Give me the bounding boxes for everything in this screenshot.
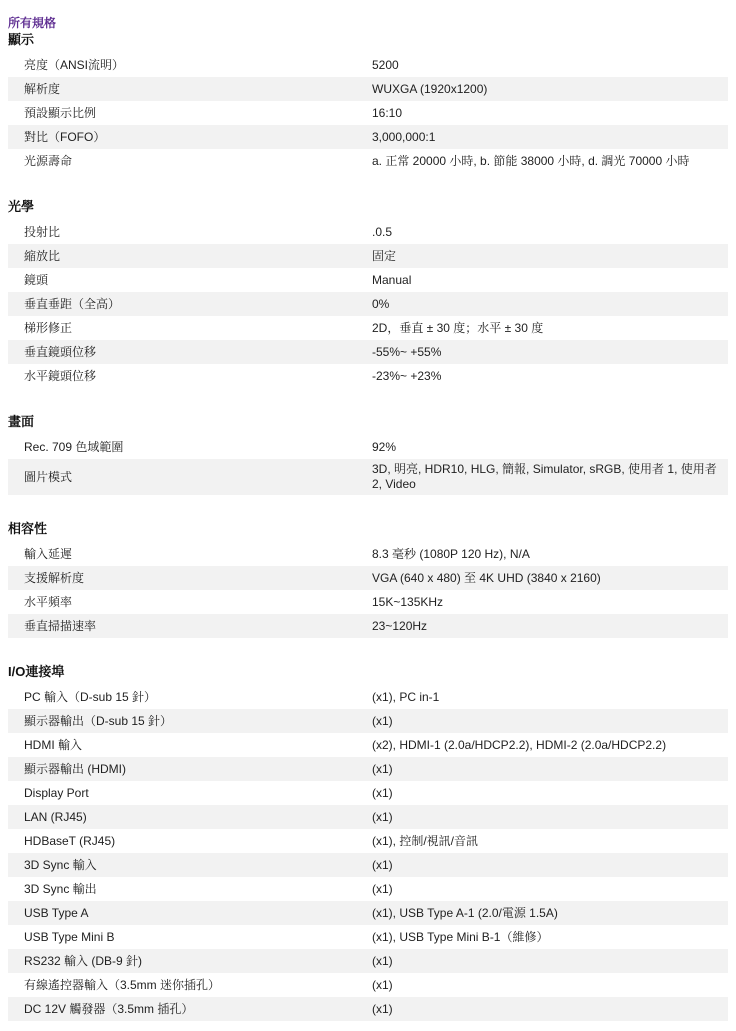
spec-label: DC 12V 觸發器（3.5mm 插孔）: [24, 1002, 372, 1017]
spec-value: Manual: [372, 273, 720, 288]
spec-row: 垂直鏡頭位移 -55%~ +55%: [8, 340, 728, 364]
spec-value: (x1): [372, 714, 720, 729]
spec-row: 梯形修正 2D，垂直 ± 30 度；水平 ± 30 度: [8, 316, 728, 340]
spec-value: (x1), USB Type A-1 (2.0/電源 1.5A): [372, 906, 720, 921]
spec-label: 光源壽命: [24, 154, 372, 169]
spec-label: USB Type A: [24, 906, 372, 921]
spec-row: USB Type Mini B (x1), USB Type Mini B-1（…: [8, 925, 728, 949]
spec-value: 5200: [372, 58, 720, 73]
spec-row: 預設顯示比例 16:10: [8, 101, 728, 125]
spec-row: 圖片模式 3D, 明亮, HDR10, HLG, 簡報, Simulator, …: [8, 459, 728, 495]
spec-value: 92%: [372, 440, 720, 455]
page-title: 所有規格: [8, 16, 728, 30]
spec-value: (x1): [372, 786, 720, 801]
spec-table: 顯示 亮度（ANSI流明） 5200 解析度 WUXGA (1920x1200)…: [8, 32, 728, 1021]
spec-value: 15K~135KHz: [372, 595, 720, 610]
section-rows: 輸入延遲 8.3 毫秒 (1080P 120 Hz), N/A 支援解析度 VG…: [8, 542, 728, 638]
spec-label: 顯示器輸出 (HDMI): [24, 762, 372, 777]
spec-label: HDBaseT (RJ45): [24, 834, 372, 849]
spec-section: 相容性 輸入延遲 8.3 毫秒 (1080P 120 Hz), N/A 支援解析…: [8, 521, 728, 638]
section-heading: 光學: [8, 199, 728, 214]
spec-value: WUXGA (1920x1200): [372, 82, 720, 97]
spec-value: (x1): [372, 1002, 720, 1017]
spec-label: LAN (RJ45): [24, 810, 372, 825]
spec-value: (x1): [372, 858, 720, 873]
section-rows: 亮度（ANSI流明） 5200 解析度 WUXGA (1920x1200) 預設…: [8, 53, 728, 173]
spec-value: .0.5: [372, 225, 720, 240]
spec-row: 垂直垂距（全高） 0%: [8, 292, 728, 316]
spec-value: (x1), USB Type Mini B-1（維修）: [372, 930, 720, 945]
spec-label: 垂直掃描速率: [24, 619, 372, 634]
spec-label: 亮度（ANSI流明）: [24, 58, 372, 73]
spec-value: (x1): [372, 810, 720, 825]
spec-label: 預設顯示比例: [24, 106, 372, 121]
spec-row: 縮放比 固定: [8, 244, 728, 268]
spec-label: 支援解析度: [24, 571, 372, 586]
spec-row: LAN (RJ45) (x1): [8, 805, 728, 829]
spec-row: 亮度（ANSI流明） 5200: [8, 53, 728, 77]
spec-label: 有線遙控器輸入（3.5mm 迷你插孔）: [24, 978, 372, 993]
spec-row: 投射比 .0.5: [8, 220, 728, 244]
section-heading: 畫面: [8, 414, 728, 429]
spec-row: Rec. 709 色域範圍 92%: [8, 435, 728, 459]
spec-value: -23%~ +23%: [372, 369, 720, 384]
section-heading: I/O連接埠: [8, 664, 728, 679]
section-rows: 投射比 .0.5 縮放比 固定 鏡頭 Manual 垂直垂距（全高） 0% 梯形…: [8, 220, 728, 388]
spec-value: VGA (640 x 480) 至 4K UHD (3840 x 2160): [372, 571, 720, 586]
spec-row: 有線遙控器輸入（3.5mm 迷你插孔） (x1): [8, 973, 728, 997]
spec-value: (x1): [372, 978, 720, 993]
spec-row: USB Type A (x1), USB Type A-1 (2.0/電源 1.…: [8, 901, 728, 925]
spec-label: 水平鏡頭位移: [24, 369, 372, 384]
spec-value: 2D，垂直 ± 30 度；水平 ± 30 度: [372, 321, 720, 336]
spec-label: 投射比: [24, 225, 372, 240]
section-heading: 相容性: [8, 521, 728, 536]
section-rows: PC 輸入（D-sub 15 針） (x1), PC in-1 顯示器輸出（D-…: [8, 685, 728, 1021]
spec-label: 縮放比: [24, 249, 372, 264]
spec-row: Display Port (x1): [8, 781, 728, 805]
spec-value: (x1), 控制/視訊/音訊: [372, 834, 720, 849]
spec-row: 對比（FOFO） 3,000,000:1: [8, 125, 728, 149]
spec-row: RS232 輸入 (DB-9 針) (x1): [8, 949, 728, 973]
spec-label: 3D Sync 輸出: [24, 882, 372, 897]
spec-value: -55%~ +55%: [372, 345, 720, 360]
spec-section: I/O連接埠 PC 輸入（D-sub 15 針） (x1), PC in-1 顯…: [8, 664, 728, 1021]
spec-value: 3,000,000:1: [372, 130, 720, 145]
spec-label: 顯示器輸出（D-sub 15 針）: [24, 714, 372, 729]
spec-row: 鏡頭 Manual: [8, 268, 728, 292]
spec-label: HDMI 輸入: [24, 738, 372, 753]
spec-value: 16:10: [372, 106, 720, 121]
spec-value: 0%: [372, 297, 720, 312]
spec-section: 畫面 Rec. 709 色域範圍 92% 圖片模式 3D, 明亮, HDR10,…: [8, 414, 728, 495]
spec-value: a. 正常 20000 小時, b. 節能 38000 小時, d. 調光 70…: [372, 154, 720, 169]
spec-row: 顯示器輸出 (HDMI) (x1): [8, 757, 728, 781]
section-rows: Rec. 709 色域範圍 92% 圖片模式 3D, 明亮, HDR10, HL…: [8, 435, 728, 495]
spec-row: HDBaseT (RJ45) (x1), 控制/視訊/音訊: [8, 829, 728, 853]
spec-value: 3D, 明亮, HDR10, HLG, 簡報, Simulator, sRGB,…: [372, 462, 720, 492]
spec-label: 3D Sync 輸入: [24, 858, 372, 873]
spec-page: 所有規格 顯示 亮度（ANSI流明） 5200 解析度 WUXGA (1920x…: [0, 0, 736, 1031]
spec-row: 水平鏡頭位移 -23%~ +23%: [8, 364, 728, 388]
section-heading: 顯示: [8, 32, 728, 47]
spec-value: (x2), HDMI-1 (2.0a/HDCP2.2), HDMI-2 (2.0…: [372, 738, 720, 753]
spec-row: 垂直掃描速率 23~120Hz: [8, 614, 728, 638]
spec-label: 解析度: [24, 82, 372, 97]
spec-row: PC 輸入（D-sub 15 針） (x1), PC in-1: [8, 685, 728, 709]
spec-section: 光學 投射比 .0.5 縮放比 固定 鏡頭 Manual 垂直垂距（全高） 0%…: [8, 199, 728, 388]
spec-label: 水平頻率: [24, 595, 372, 610]
spec-value: (x1), PC in-1: [372, 690, 720, 705]
spec-label: Display Port: [24, 786, 372, 801]
spec-label: 垂直垂距（全高）: [24, 297, 372, 312]
spec-row: 水平頻率 15K~135KHz: [8, 590, 728, 614]
spec-row: 光源壽命 a. 正常 20000 小時, b. 節能 38000 小時, d. …: [8, 149, 728, 173]
spec-row: DC 12V 觸發器（3.5mm 插孔） (x1): [8, 997, 728, 1021]
spec-value: 固定: [372, 249, 720, 264]
spec-row: 解析度 WUXGA (1920x1200): [8, 77, 728, 101]
spec-row: 輸入延遲 8.3 毫秒 (1080P 120 Hz), N/A: [8, 542, 728, 566]
spec-label: 圖片模式: [24, 470, 372, 485]
spec-label: 鏡頭: [24, 273, 372, 288]
spec-label: 對比（FOFO）: [24, 130, 372, 145]
spec-row: 支援解析度 VGA (640 x 480) 至 4K UHD (3840 x 2…: [8, 566, 728, 590]
spec-label: 垂直鏡頭位移: [24, 345, 372, 360]
spec-label: Rec. 709 色域範圍: [24, 440, 372, 455]
spec-label: 輸入延遲: [24, 547, 372, 562]
spec-row: HDMI 輸入 (x2), HDMI-1 (2.0a/HDCP2.2), HDM…: [8, 733, 728, 757]
spec-value: (x1): [372, 762, 720, 777]
spec-row: 顯示器輸出（D-sub 15 針） (x1): [8, 709, 728, 733]
spec-label: RS232 輸入 (DB-9 針): [24, 954, 372, 969]
spec-label: 梯形修正: [24, 321, 372, 336]
spec-section: 顯示 亮度（ANSI流明） 5200 解析度 WUXGA (1920x1200)…: [8, 32, 728, 173]
spec-row: 3D Sync 輸出 (x1): [8, 877, 728, 901]
spec-value: (x1): [372, 954, 720, 969]
spec-label: PC 輸入（D-sub 15 針）: [24, 690, 372, 705]
spec-row: 3D Sync 輸入 (x1): [8, 853, 728, 877]
spec-value: 8.3 毫秒 (1080P 120 Hz), N/A: [372, 547, 720, 562]
spec-value: 23~120Hz: [372, 619, 720, 634]
spec-value: (x1): [372, 882, 720, 897]
spec-label: USB Type Mini B: [24, 930, 372, 945]
